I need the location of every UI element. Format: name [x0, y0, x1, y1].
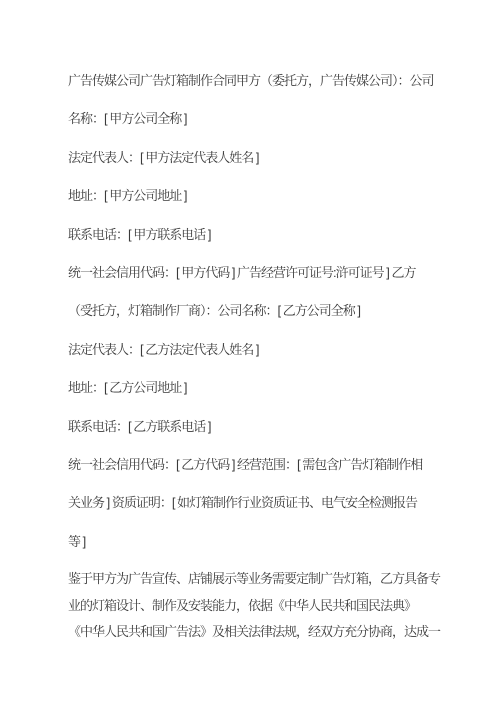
doc-line-party-a-phone: 联系电话：[ 甲方联系电话 ] — [68, 216, 470, 254]
doc-line-party-a-representative: 法定代表人：[ 甲方法定代表人姓名 ] — [68, 139, 470, 177]
contract-header-section: 广告传媒公司广告灯箱制作合同甲方（委托方，广告传媒公司）：公司 名称：[ 甲方公… — [68, 62, 470, 561]
document-page: 广告传媒公司广告灯箱制作合同甲方（委托方，广告传媒公司）：公司 名称：[ 甲方公… — [0, 0, 500, 707]
doc-line-party-a-credit-code: 统一社会信用代码：[ 甲方代码 ] 广告经营许可证号:浒可证号 ] 乙方 — [68, 254, 470, 292]
doc-line-preamble-2: 业的灯箱设计、制作及安装能力，依据《中华人民共和国民法典》 — [68, 593, 470, 620]
doc-line-party-b-representative: 法定代表人：[ 乙方法定代表人姓名 ] — [68, 331, 470, 369]
doc-line-party-b-credit-code: 统一社会信用代码：[ 乙方代码 ] 经营范围：[ 需包含广告灯箱制作相 — [68, 446, 470, 484]
doc-line-party-a-address: 地址：[ 甲方公司地址 ] — [68, 177, 470, 215]
doc-line-party-b-name: （受托方，灯箱制作厂商）：公司名称：[ 乙方公司全称 ] — [68, 292, 470, 330]
doc-line-party-b-phone: 联系电话：[ 乙方联系电话 ] — [68, 408, 470, 446]
contract-preamble-section: 鉴于甲方为广告宣传、店铺展示等业务需要定制广告灯箱，乙方具备专 业的灯箱设计、制… — [68, 566, 470, 646]
doc-line-preamble-1: 鉴于甲方为广告宣传、店铺展示等业务需要定制广告灯箱，乙方具备专 — [68, 566, 470, 593]
doc-line-qualifications-end: 等 ] — [68, 523, 470, 561]
doc-line-party-a-name: 名称：[ 甲方公司全称 ] — [68, 100, 470, 138]
doc-line-title-party-a: 广告传媒公司广告灯箱制作合同甲方（委托方，广告传媒公司）：公司 — [68, 62, 470, 100]
doc-line-party-b-qualifications: 关业务 ] 资质证明：[ 如灯箱制作行业资质证书、电气安全检测报告 — [68, 484, 470, 522]
doc-line-party-b-address: 地址：[ 乙方公司地址 ] — [68, 369, 470, 407]
doc-line-preamble-3: 《中华人民共和国广告法》及相关法律法规，经双方充分协商，达成一 — [68, 619, 470, 646]
